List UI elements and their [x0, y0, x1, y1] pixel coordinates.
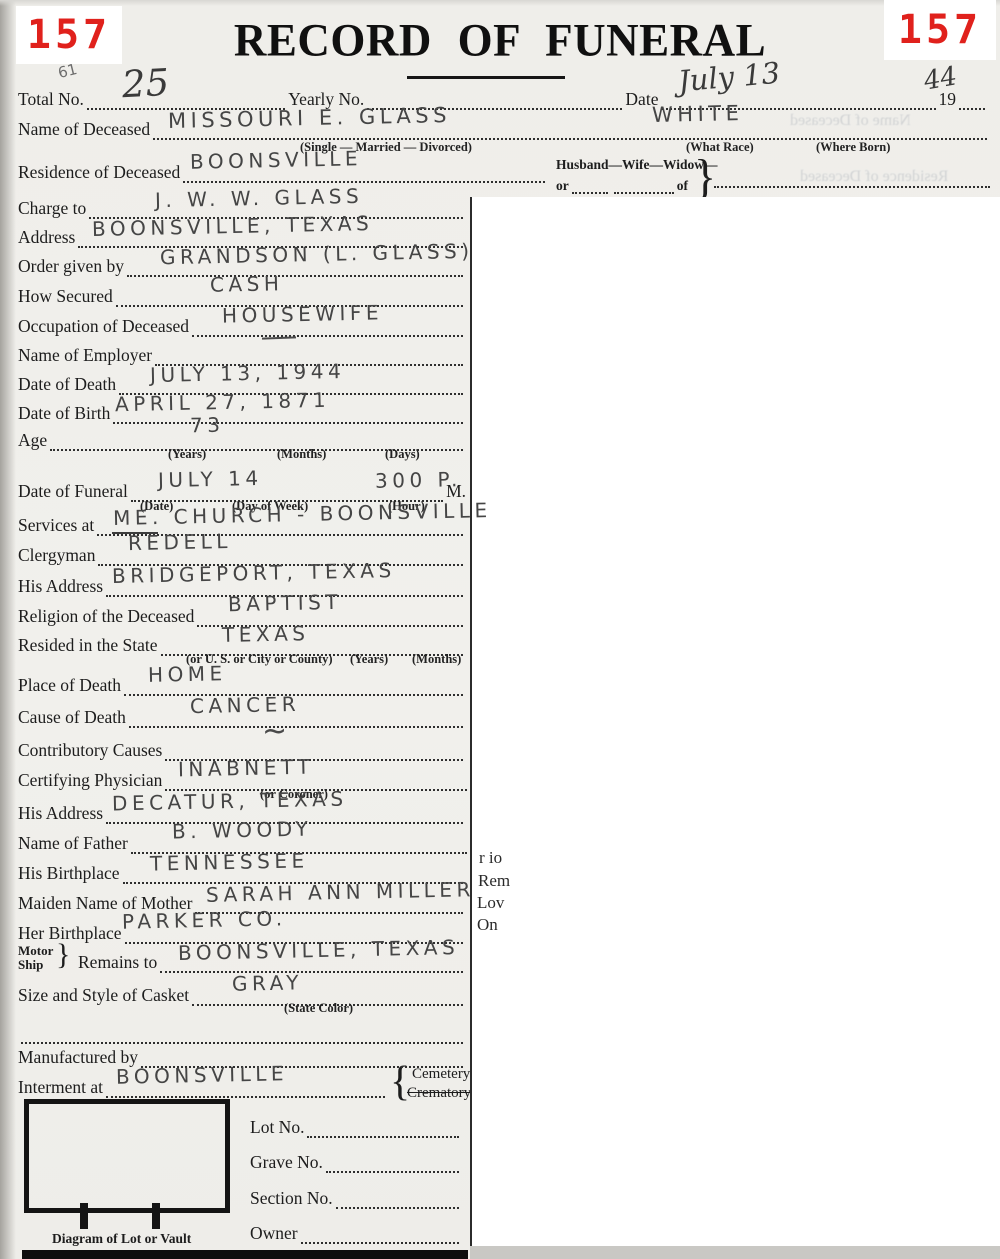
field-label: His Birthplace [18, 863, 120, 884]
dotted-line [614, 182, 674, 194]
dotted-line [336, 1193, 459, 1209]
crematory-option-struck: Crematory [407, 1085, 471, 1102]
field-label: Age [18, 430, 47, 451]
field-label: His Address [18, 576, 103, 597]
column-divider-line [470, 197, 472, 1250]
handwritten-value-physician: INABNETT [178, 755, 314, 782]
form-row-name: Name of Deceased [18, 120, 990, 140]
or-label: or [556, 178, 569, 194]
motor-ship-label: Motor Ship [18, 944, 53, 972]
field-label: Place of Death [18, 675, 121, 696]
diagram-leg [152, 1203, 160, 1229]
field-label: Grave No. [250, 1152, 323, 1173]
handwritten-race: WHITE [652, 101, 744, 127]
handwritten-tilde: ~ [262, 714, 287, 749]
handwritten-value-casket: GRAY [232, 970, 303, 995]
cutoff-text-fragment: r io [479, 848, 502, 868]
handwritten-value-clergyman: REDELL [128, 529, 232, 555]
dotted-line [21, 1028, 463, 1044]
field-label: His Address [18, 803, 103, 824]
scan-edge-shadow [0, 0, 16, 1259]
field-label: Interment at [18, 1077, 103, 1098]
field-label: Resided in the State [18, 635, 158, 656]
sub-label: (Where Born) [816, 140, 890, 155]
field-label: Lot No. [250, 1117, 304, 1138]
field-label: Date of Death [18, 374, 116, 395]
dotted-line [326, 1157, 459, 1173]
handwritten-year: 44 [922, 61, 960, 96]
field-label: Owner [250, 1223, 298, 1244]
dotted-line [307, 1122, 459, 1138]
lot-vault-diagram [24, 1099, 230, 1213]
handwritten-value-cause: CANCER [190, 692, 301, 718]
field-label: Address [18, 227, 75, 248]
form-row-section: Section No. [250, 1189, 462, 1209]
handwritten-value-resided: TEXAS [222, 621, 310, 647]
field-label: Religion of the Deceased [18, 606, 194, 627]
page-number: 157 [27, 12, 111, 58]
handwritten-dash [262, 336, 296, 339]
brace: } [694, 149, 716, 205]
form-row-owner: Owner [250, 1224, 462, 1244]
dotted-line [959, 94, 985, 110]
field-label: Her Birthplace [18, 923, 122, 944]
handwritten-value-pod: HOME [148, 661, 227, 687]
handwritten-value-secured: CASH [210, 271, 284, 297]
handwritten-value-mbirth: PARKER CO. [122, 906, 287, 933]
handwritten-value-occupation: HOUSEWIFE [222, 300, 384, 327]
form-row-blank [18, 1024, 466, 1044]
field-label: Occupation of Deceased [18, 316, 189, 337]
page-number-stamp-right: 157 [884, 0, 996, 60]
field-label: Residence of Deceased [18, 162, 180, 183]
field-label: Date of Funeral [18, 481, 128, 502]
field-label: Services at [18, 515, 94, 536]
funeral-record-page: 157 157 Name of Deceased Residence of De… [0, 0, 1000, 1259]
handwritten-value-interment: BOONSVILLE [116, 1061, 288, 1089]
diagram-leg [80, 1203, 88, 1229]
field-label: Cause of Death [18, 707, 126, 728]
field-label: Name of Father [18, 833, 128, 854]
form-row-grave: Grave No. [250, 1153, 462, 1173]
dotted-line [301, 1228, 459, 1244]
handwritten-value-age: 73 [190, 413, 225, 438]
field-label: Name of Deceased [18, 119, 150, 140]
dotted-line [572, 182, 608, 194]
ship-label: Ship [18, 958, 53, 972]
total-no-label: Total No. [18, 89, 84, 110]
handwritten-value-charge: J. W. W. GLASS [155, 184, 364, 212]
field-label: Size and Style of Casket [18, 985, 189, 1006]
form-row-lot: Lot No. [250, 1118, 462, 1138]
title-underline [407, 76, 565, 79]
handwritten-value-phaddr: DECATUR, TEXAS [112, 787, 348, 816]
field-label: Order given by [18, 256, 124, 277]
page-number: 157 [898, 7, 982, 53]
sub-label: (Days) [385, 447, 420, 462]
next-section-border [22, 1250, 468, 1259]
of-label: of [677, 178, 688, 194]
sub-label: (State Color) [284, 1001, 353, 1016]
field-label: Contributory Causes [18, 740, 162, 761]
field-label: Certifying Physician [18, 770, 162, 791]
handwritten-value-religion: BAPTIST [228, 590, 342, 616]
handwritten-residence: BOONSVILLE [190, 146, 362, 174]
field-label: Name of Employer [18, 345, 152, 366]
handwritten-value-fbirth: TENNESSEE [150, 848, 309, 875]
field-label: Section No. [250, 1188, 333, 1209]
sub-label: (Months) [412, 652, 461, 667]
field-label: Remains to [78, 952, 157, 973]
motor-label: Motor [18, 944, 53, 958]
cutoff-text-fragment: Lov [477, 893, 504, 913]
cemetery-option: Cemetery [412, 1066, 470, 1083]
field-label: How Secured [18, 286, 113, 307]
field-label: Date of Birth [18, 403, 110, 424]
sub-label: (Years) [350, 652, 388, 667]
scan-edge-shadow-top [0, 0, 1000, 6]
cutoff-text-fragment: Rem [478, 871, 510, 891]
handwritten-value-dod: JULY 13, 1944 [150, 359, 346, 387]
field-label: Clergyman [18, 545, 95, 566]
cutoff-text-fragment: On [477, 915, 498, 935]
blank-right-column [472, 197, 1000, 1248]
sub-label: (Years) [168, 447, 206, 462]
page-title: RECORD OF FUNERAL [0, 13, 1000, 67]
handwritten-value-funeral: JULY 14 [158, 466, 263, 492]
handwritten-value2-funeral: 300 P. [375, 467, 462, 493]
handwritten-value-father: B. WOODY [172, 817, 313, 844]
diagram-caption: Diagram of Lot or Vault [52, 1231, 191, 1247]
page-number-stamp-left: 157 [16, 6, 122, 64]
scan-bottom-band [470, 1246, 1000, 1259]
handwritten-total-no: 25 [121, 61, 170, 106]
sub-label: (Months) [277, 447, 326, 462]
husband-or-row: or of [556, 178, 686, 194]
field-label: Charge to [18, 198, 86, 219]
dotted-line [714, 168, 990, 188]
